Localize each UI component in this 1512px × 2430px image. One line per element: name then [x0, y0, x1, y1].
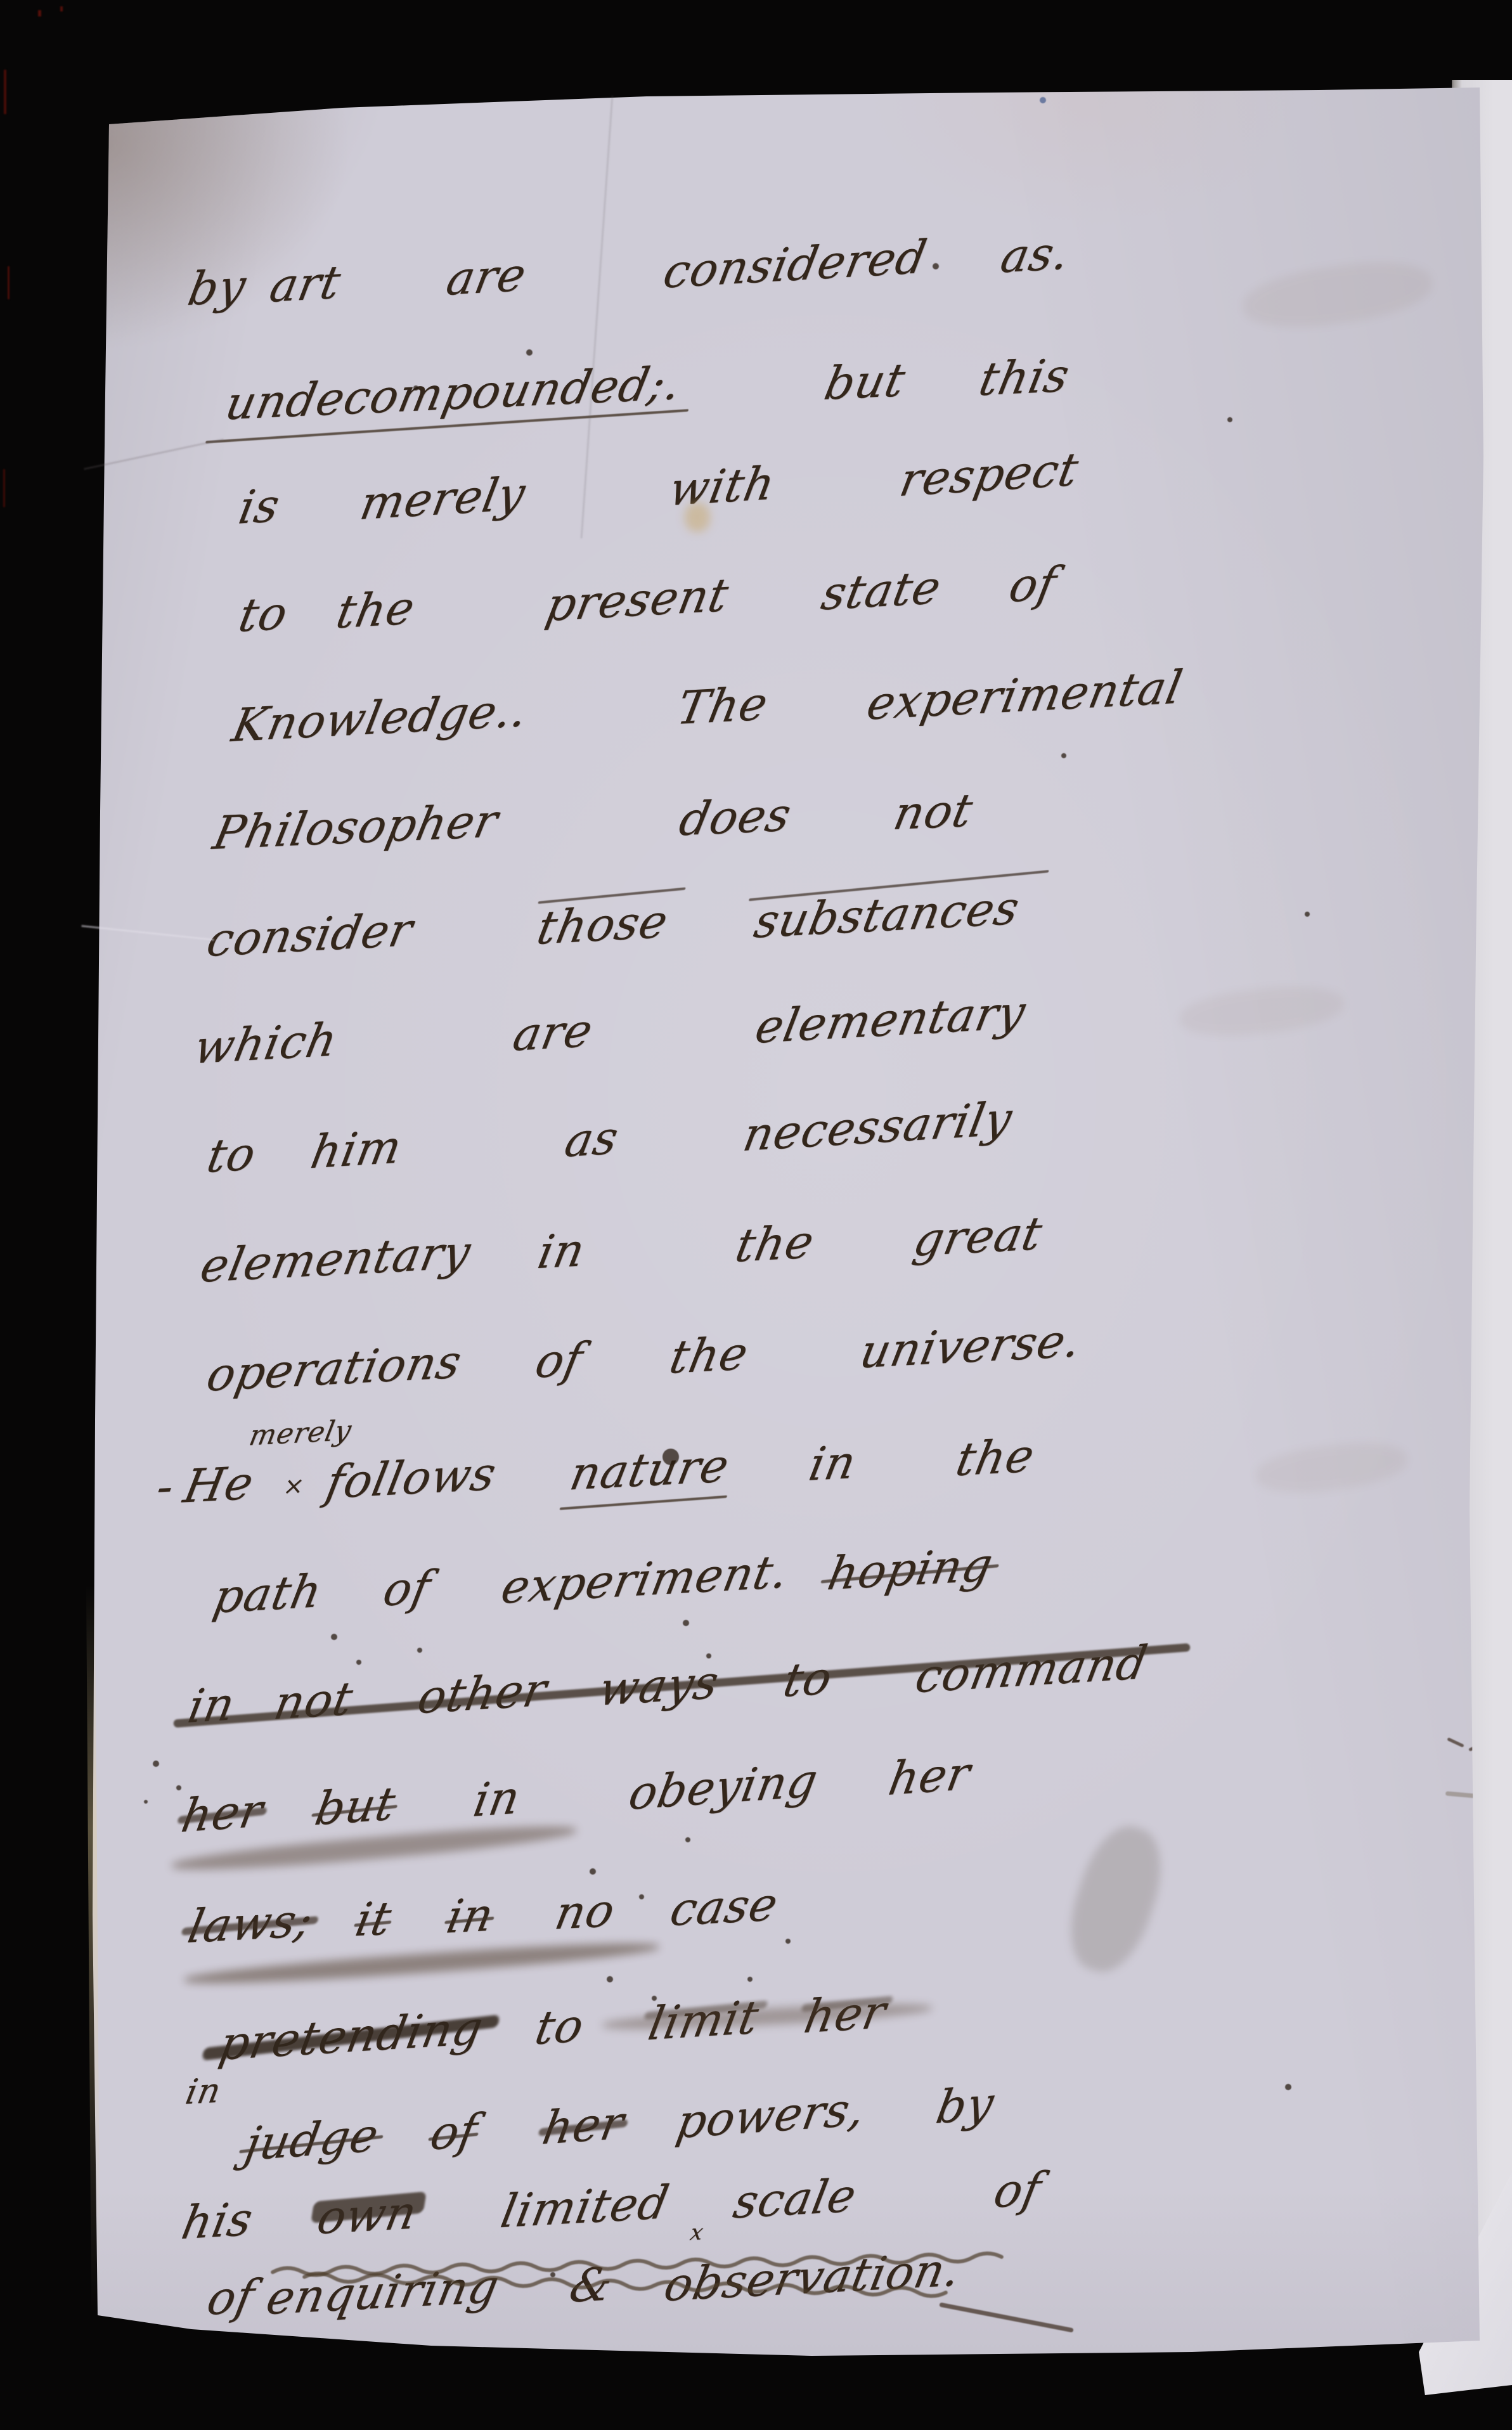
manuscript-line: herbutinobeyingher — [181, 1747, 972, 1842]
handwritten-word: in — [183, 2070, 225, 2112]
handwritten-word: powers, — [673, 2082, 870, 2149]
handwritten-word: her — [539, 2095, 629, 2155]
handwritten-word: in — [469, 1770, 524, 1827]
ink-speck — [785, 1939, 791, 1944]
ink-speck — [706, 1653, 711, 1658]
manuscript-line: innototherwaystocommand — [188, 1638, 1147, 1733]
handwritten-word: to — [531, 1998, 588, 2055]
manuscript-page: byartareconsideredas.undecompounded;.but… — [0, 0, 1512, 2430]
handwritten-word: in — [805, 1435, 861, 1491]
handwritten-word: case — [666, 1877, 782, 1936]
handwritten-word: state — [817, 560, 945, 621]
ink-speck — [685, 1837, 690, 1842]
ink-speck — [413, 385, 418, 391]
ink-speck — [1061, 753, 1066, 758]
handwritten-word: path — [209, 1564, 326, 1624]
manuscript-line: elementaryinthegreat — [201, 1208, 1042, 1290]
handwritten-word: of — [990, 2162, 1045, 2218]
handwritten-word: ways — [595, 1655, 723, 1716]
ink-smudge — [1057, 1816, 1175, 1982]
handwritten-word: does — [675, 787, 796, 846]
handwritten-word: respect — [895, 443, 1082, 507]
handwritten-word: hoping — [824, 1537, 997, 1600]
handwritten-word: other — [414, 1662, 552, 1724]
manuscript-line: considerthosesubstances — [207, 883, 1019, 965]
handwritten-word: merely — [247, 1414, 354, 1452]
ink-speck — [747, 1977, 753, 1982]
handwritten-word: experiment. — [497, 1544, 793, 1614]
handwritten-word: elementary — [197, 1225, 475, 1293]
handwritten-word: this — [974, 348, 1074, 406]
ink-speck — [607, 1976, 613, 1982]
handwritten-word: not — [889, 783, 978, 840]
handwritten-word: Philosopher — [209, 794, 503, 860]
ink-speck — [417, 1648, 422, 1653]
handwritten-word: the — [666, 1326, 753, 1384]
handwritten-word: the — [731, 1215, 818, 1272]
handwritten-word: of — [531, 1332, 588, 1388]
handwritten-word: command — [912, 1636, 1152, 1703]
handwritten-word: by — [184, 259, 250, 316]
handwritten-word: scale — [729, 2168, 861, 2228]
manuscript-line: undecompounded;.butthis — [227, 349, 1069, 426]
handwritten-word: of — [427, 2104, 482, 2161]
handwritten-word: of — [203, 2270, 259, 2325]
handwritten-word: The — [673, 676, 773, 735]
ink-speck — [526, 349, 533, 356]
handwritten-word: nature — [565, 1438, 733, 1501]
ink-speck — [652, 1996, 657, 2001]
handwritten-word: in — [534, 1223, 590, 1279]
handwritten-word: which — [190, 1012, 342, 1074]
handwritten-word: to — [203, 1127, 260, 1183]
handwritten-word: necessarily — [739, 1092, 1017, 1162]
film-artifact-mark — [3, 469, 5, 507]
manuscript-line: whichareelementary — [195, 988, 1025, 1073]
film-artifact-mark — [38, 10, 41, 16]
ink-speck — [1305, 912, 1310, 917]
handwritten-word: the — [952, 1428, 1039, 1486]
handwritten-word: by — [932, 2076, 998, 2134]
ink-speck — [662, 1449, 679, 1465]
manuscript-line: pretendingtolimither — [219, 1986, 886, 2068]
manuscript-line: hisownlimitedscaleof — [182, 2162, 1042, 2249]
manuscript-line: byartareconsideredas. — [188, 226, 1070, 315]
photograph-stage: byartareconsideredas.undecompounded;.but… — [0, 0, 1512, 2430]
handwritten-word: it — [351, 1891, 396, 1946]
manuscript-line: tohimasnecessarily — [207, 1094, 1012, 1182]
handwritten-word: in — [184, 1677, 239, 1733]
ink-speck — [176, 1785, 181, 1790]
handwritten-word: substances — [750, 881, 1024, 948]
handwritten-word: those — [533, 895, 673, 955]
handwritten-word: operations — [203, 1335, 467, 1402]
handwritten-word: is — [235, 478, 284, 534]
handwritten-word: the — [332, 581, 419, 638]
manuscript-line: ismerelywithrespect — [238, 444, 1078, 534]
manuscript-line: in — [186, 2071, 221, 2112]
handwritten-word: great — [909, 1206, 1047, 1267]
film-artifact-mark — [60, 6, 63, 11]
ink-smudge — [1177, 981, 1346, 1042]
ink-speck — [1227, 417, 1232, 422]
handwritten-word: consider — [203, 903, 418, 967]
handwritten-word: experimental — [863, 660, 1187, 730]
ink-speck — [1040, 97, 1046, 103]
ink-smudge — [1253, 1437, 1410, 1499]
handwritten-word: pretending — [216, 2001, 488, 2071]
film-artifact-mark — [4, 70, 6, 114]
handwritten-word: his — [178, 2192, 257, 2250]
handwritten-word: him — [307, 1120, 406, 1179]
handwritten-word: as. — [997, 226, 1074, 283]
handwritten-word: with — [665, 456, 779, 516]
ink-smudge — [685, 503, 710, 532]
manuscript-line: tothepresentstateof — [239, 557, 1057, 642]
manuscript-line: Philosopherdoesnot — [214, 784, 972, 857]
manuscript-line: x — [690, 2220, 704, 2246]
handwritten-word: considered — [659, 229, 931, 298]
handwritten-word: but — [311, 1776, 400, 1836]
handwritten-word: art — [266, 255, 346, 313]
handwritten-word: as — [561, 1111, 623, 1168]
handwritten-word: of — [1005, 557, 1061, 613]
handwritten-word: obeying — [625, 1754, 822, 1821]
manuscript-line: judgeofherpowers,by — [245, 2077, 995, 2169]
ink-speck — [590, 1868, 596, 1875]
ink-speck — [1285, 2084, 1291, 2090]
ink-speck — [933, 263, 939, 269]
handwritten-word: undecompounded;. — [221, 356, 686, 430]
handwritten-word: but — [820, 353, 910, 410]
ink-speck — [683, 1620, 689, 1626]
handwritten-word: - — [152, 1459, 179, 1514]
handwritten-word: her — [885, 1746, 975, 1806]
handwritten-word: laws; — [184, 1893, 318, 1953]
ink-speck — [550, 2272, 555, 2277]
handwritten-word: elementary — [751, 985, 1030, 1054]
handwritten-word: Knowledge.. — [228, 683, 532, 753]
handwritten-word: merely — [356, 467, 530, 531]
manuscript-line: Knowledge..Theexperimental — [233, 663, 1182, 749]
ink-speck — [331, 1634, 337, 1640]
manuscript-line: operationsoftheuniverse. — [207, 1315, 1081, 1399]
handwritten-word: × — [281, 1471, 307, 1500]
ink-speck — [144, 1800, 148, 1804]
handwritten-word: He — [179, 1456, 258, 1513]
handwritten-word: universe. — [856, 1314, 1085, 1379]
handwritten-word: to — [779, 1651, 836, 1707]
handwritten-word: not — [270, 1671, 358, 1729]
ink-smudge — [1239, 254, 1436, 337]
ink-speck — [639, 1894, 644, 1899]
handwritten-word: of — [379, 1560, 435, 1617]
handwritten-word: limited — [496, 2175, 673, 2238]
handwritten-word: x — [688, 2220, 706, 2246]
handwritten-word: own — [313, 2185, 422, 2244]
handwritten-word: are — [443, 247, 531, 306]
film-artifact-mark — [8, 266, 10, 299]
handwritten-word: follows — [321, 1447, 500, 1509]
manuscript-line: laws;itinnocase — [188, 1878, 778, 1952]
handwritten-word: judge — [241, 2108, 383, 2171]
handwritten-word: to — [235, 586, 292, 642]
ink-stroke — [939, 2303, 1073, 2333]
handwritten-word: present — [542, 568, 733, 632]
manuscript-line: pathofexperiment.hoping — [214, 1539, 993, 1622]
manuscript-line: merely — [249, 1415, 351, 1451]
handwritten-word: her — [178, 1783, 268, 1843]
ink-stroke — [1447, 1737, 1464, 1747]
handwritten-word: are — [508, 1004, 597, 1062]
handwritten-word: no — [551, 1883, 620, 1939]
handwritten-word: in — [443, 1887, 498, 1943]
ink-speck — [153, 1761, 159, 1767]
ink-speck — [356, 1660, 361, 1665]
